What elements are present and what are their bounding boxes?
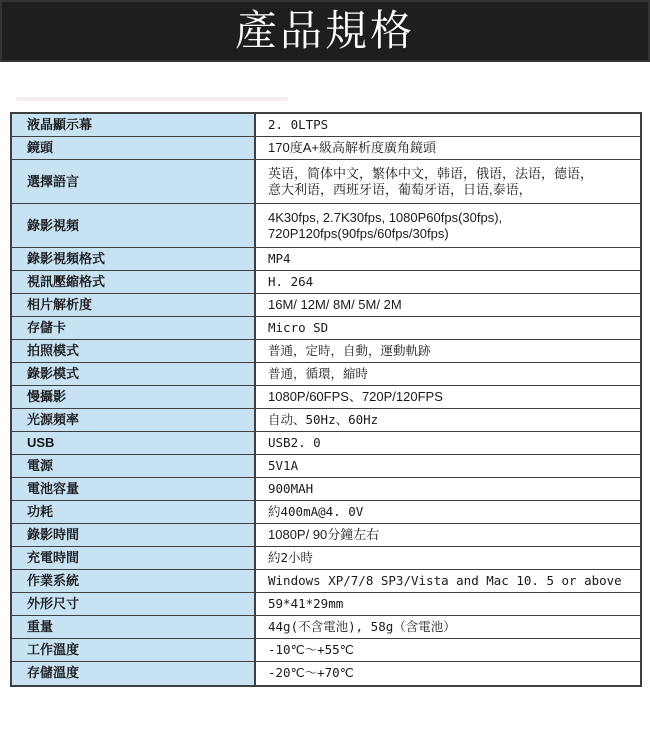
spec-value: Windows XP/7/8 SP3/Vista and Mac 10. 5 o…: [256, 570, 640, 592]
spec-value: 約400mA@4. 0V: [256, 501, 640, 523]
spec-value: 英语，简体中文，繁体中文，韩语，俄语，法语，德语， 意大利语，西班牙语，葡萄牙语…: [256, 160, 640, 203]
table-row: USB USB2. 0: [12, 432, 640, 455]
table-row: 工作溫度 -10℃～+55℃: [12, 639, 640, 662]
table-row: 錄影視頻 4K30fps, 2.7K30fps, 1080P60fps(30fp…: [12, 204, 640, 248]
table-row: 選擇語言 英语，简体中文，繁体中文，韩语，俄语，法语，德语， 意大利语，西班牙语…: [12, 160, 640, 204]
spec-label: 光源頻率: [12, 409, 256, 431]
table-row: 外形尺寸 59*41*29mm: [12, 593, 640, 616]
faded-artifact: [16, 97, 288, 101]
spec-value: 1080P/60FPS、720P/120FPS: [256, 386, 640, 408]
spec-value: MP4: [256, 248, 640, 270]
table-row: 電源 5V1A: [12, 455, 640, 478]
table-row: 拍照模式 普通，定時，自動，運動軌跡: [12, 340, 640, 363]
spec-label: 慢攝影: [12, 386, 256, 408]
table-row: 存儲溫度 -20℃～+70℃: [12, 662, 640, 685]
spec-label: 錄影模式: [12, 363, 256, 385]
table-row: 相片解析度 16M/ 12M/ 8M/ 5M/ 2M: [12, 294, 640, 317]
spec-value: USB2. 0: [256, 432, 640, 454]
spec-label: 外形尺寸: [12, 593, 256, 615]
spec-value: 自动、50Hz、60Hz: [256, 409, 640, 431]
spec-value: 16M/ 12M/ 8M/ 5M/ 2M: [256, 294, 640, 316]
spec-value: 1080P/ 90分鐘左右: [256, 524, 640, 546]
table-row: 慢攝影 1080P/60FPS、720P/120FPS: [12, 386, 640, 409]
table-row: 電池容量 900MAH: [12, 478, 640, 501]
spec-value: 900MAH: [256, 478, 640, 500]
spec-value: 約2小時: [256, 547, 640, 569]
spec-value: H. 264: [256, 271, 640, 293]
table-row: 液晶顯示幕 2. 0LTPS: [12, 114, 640, 137]
spec-value: 4K30fps, 2.7K30fps, 1080P60fps(30fps), 7…: [256, 204, 640, 247]
spec-value: -10℃～+55℃: [256, 639, 640, 661]
spec-label: 拍照模式: [12, 340, 256, 362]
table-row: 作業系統 Windows XP/7/8 SP3/Vista and Mac 10…: [12, 570, 640, 593]
table-row: 錄影視頻格式 MP4: [12, 248, 640, 271]
spec-label: 工作溫度: [12, 639, 256, 661]
page-title: 產品規格: [235, 10, 415, 52]
table-row: 錄影模式 普通，循環，縮時: [12, 363, 640, 386]
spec-label: 選擇語言: [12, 160, 256, 203]
table-row: 視訊壓縮格式 H. 264: [12, 271, 640, 294]
spec-label: 相片解析度: [12, 294, 256, 316]
spec-label: 功耗: [12, 501, 256, 523]
table-row: 錄影時間 1080P/ 90分鐘左右: [12, 524, 640, 547]
table-row: 充電時間 約2小時: [12, 547, 640, 570]
table-row: 鏡頭 170度A+級高解析度廣角鏡頭: [12, 137, 640, 160]
title-banner: 產品規格: [0, 0, 650, 62]
spec-value: Micro SD: [256, 317, 640, 339]
table-row: 光源頻率 自动、50Hz、60Hz: [12, 409, 640, 432]
spec-value: 5V1A: [256, 455, 640, 477]
spec-label: 錄影時間: [12, 524, 256, 546]
table-row: 重量 44g(不含電池), 58g（含電池）: [12, 616, 640, 639]
spec-table: 液晶顯示幕 2. 0LTPS 鏡頭 170度A+級高解析度廣角鏡頭 選擇語言 英…: [10, 112, 642, 687]
table-row: 功耗 約400mA@4. 0V: [12, 501, 640, 524]
spec-label: 存儲卡: [12, 317, 256, 339]
spec-value: 2. 0LTPS: [256, 114, 640, 136]
spec-label: 作業系統: [12, 570, 256, 592]
spec-label: 充電時間: [12, 547, 256, 569]
spec-label: 錄影視頻: [12, 204, 256, 247]
spec-value: 普通，定時，自動，運動軌跡: [256, 340, 640, 362]
spec-value: 普通，循環，縮時: [256, 363, 640, 385]
spec-label: 電源: [12, 455, 256, 477]
spec-label: 液晶顯示幕: [12, 114, 256, 136]
spec-label: 重量: [12, 616, 256, 638]
spec-value: -20℃～+70℃: [256, 662, 640, 685]
spec-label: 鏡頭: [12, 137, 256, 159]
spec-value: 59*41*29mm: [256, 593, 640, 615]
spec-label: 視訊壓縮格式: [12, 271, 256, 293]
spec-value: 170度A+級高解析度廣角鏡頭: [256, 137, 640, 159]
spec-label: 存儲溫度: [12, 662, 256, 685]
spec-label: 錄影視頻格式: [12, 248, 256, 270]
spec-label: USB: [12, 432, 256, 454]
spec-value: 44g(不含電池), 58g（含電池）: [256, 616, 640, 638]
table-row: 存儲卡 Micro SD: [12, 317, 640, 340]
spec-label: 電池容量: [12, 478, 256, 500]
